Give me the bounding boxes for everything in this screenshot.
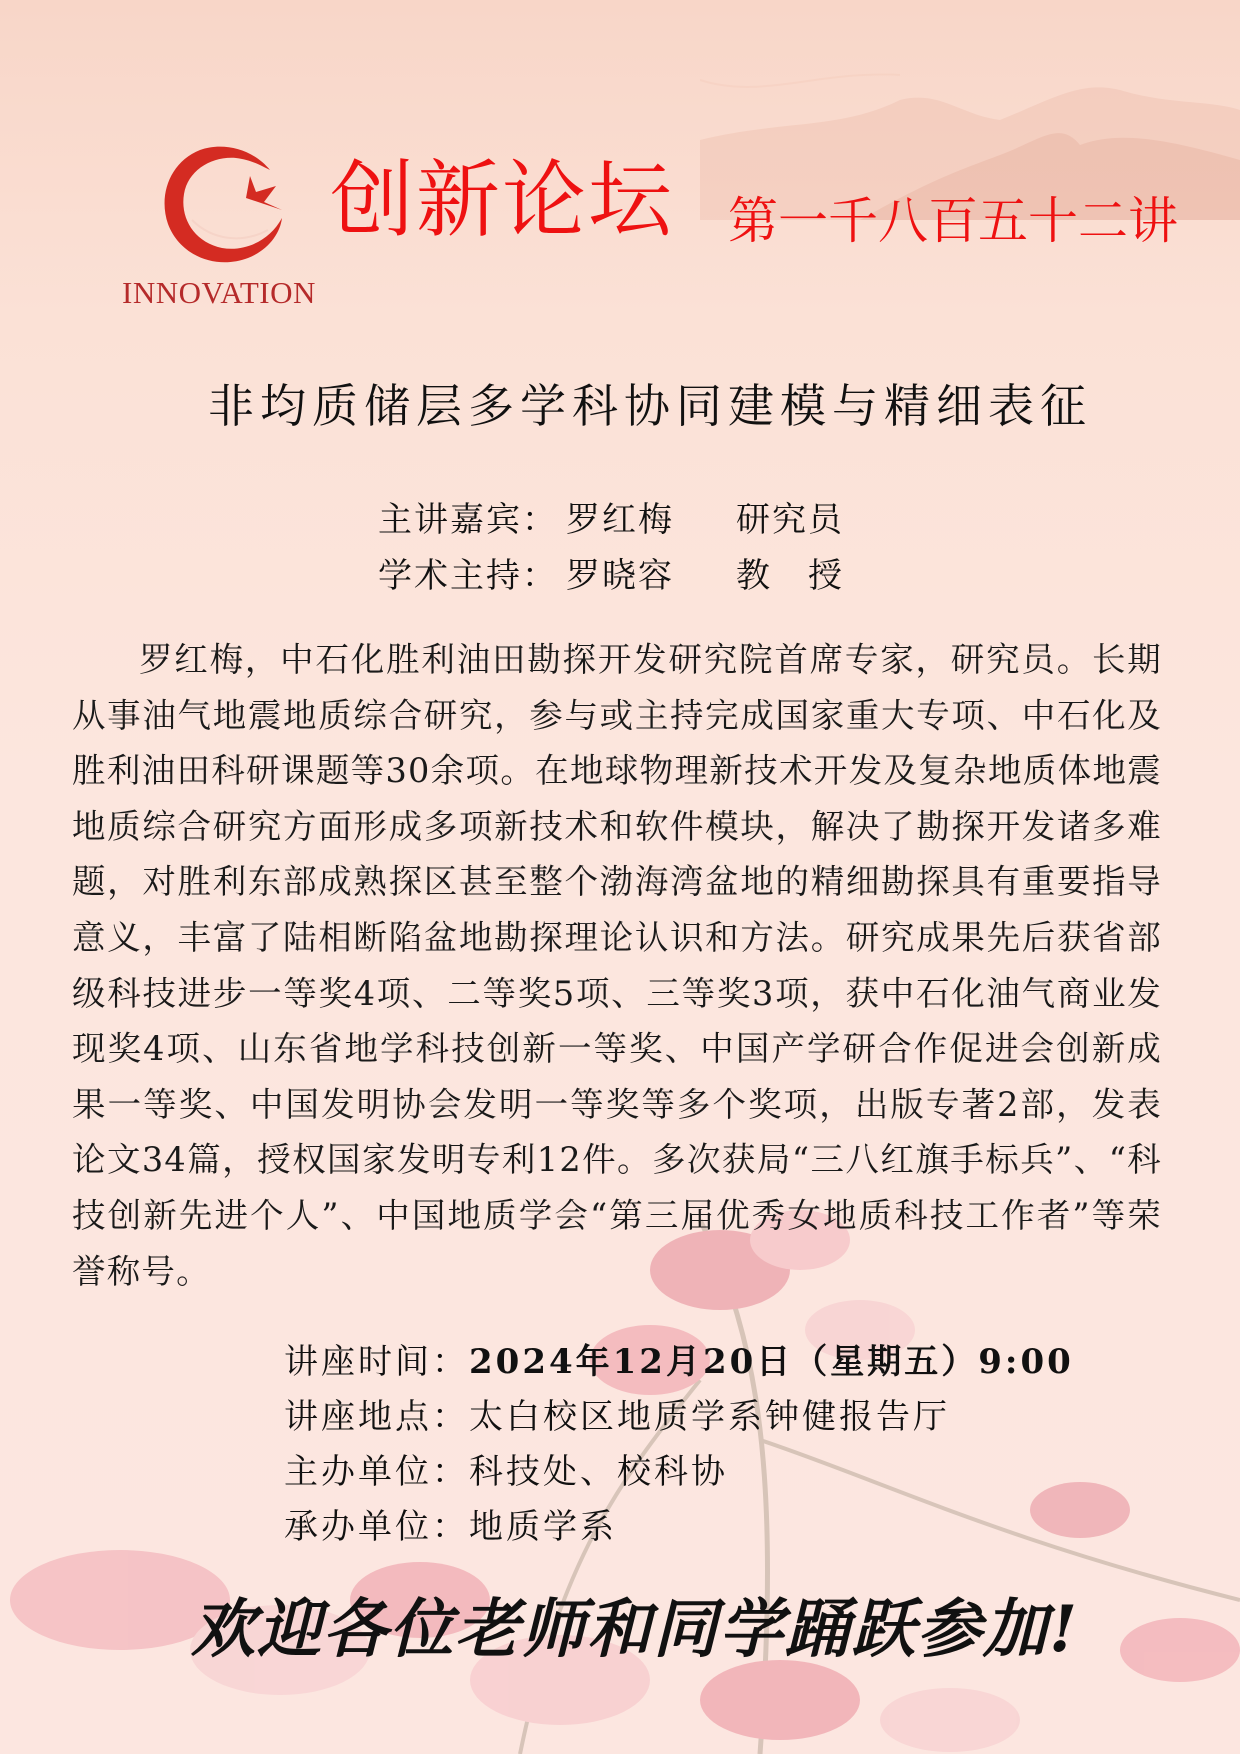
talk-title: 非均质储层多学科协同建模与精细表征	[0, 383, 1240, 429]
logo-text: INNOVATION	[122, 275, 342, 311]
speaker-title: 研究员	[736, 492, 844, 548]
speaker-bio: 罗红梅，中石化胜利油田勘探开发研究院首席专家，研究员。长期从事油气地震地质综合研…	[72, 632, 1162, 1299]
undertaker-value: 地质学系	[469, 1507, 617, 1547]
innovation-logo: INNOVATION	[122, 140, 362, 320]
host-label: 学术主持：	[378, 548, 566, 604]
organizer-label: 主办单位：	[284, 1452, 469, 1492]
place-label: 讲座地点：	[284, 1397, 469, 1437]
organizer-value: 科技处、校科协	[469, 1452, 728, 1492]
speaker-label: 主讲嘉宾：	[378, 492, 566, 548]
info-undertaker: 承办单位：地质学系	[284, 1500, 1074, 1555]
host-row: 学术主持： 罗晓容 教 授	[378, 548, 844, 604]
place-value: 太白校区地质学系钟健报告厅	[469, 1397, 950, 1437]
undertaker-label: 承办单位：	[284, 1507, 469, 1547]
speaker-name: 罗红梅	[566, 492, 736, 548]
host-name: 罗晓容	[566, 548, 736, 604]
event-info: 讲座时间：2024年12月20日（星期五）9:00 讲座地点：太白校区地质学系钟…	[284, 1335, 1074, 1555]
info-place: 讲座地点：太白校区地质学系钟健报告厅	[284, 1390, 1074, 1445]
people-section: 主讲嘉宾： 罗红梅 研究员 学术主持： 罗晓容 教 授	[378, 492, 844, 604]
host-title: 教 授	[736, 548, 844, 604]
welcome-message: 欢迎各位老师和同学踊跃参加!	[0, 1598, 1240, 1662]
info-organizer: 主办单位：科技处、校科协	[284, 1445, 1074, 1500]
lecture-number: 第一千八百五十二讲	[728, 196, 1178, 246]
forum-title: 创新论坛	[330, 158, 674, 242]
crescent-swirl-logo-icon	[152, 140, 292, 270]
speaker-row: 主讲嘉宾： 罗红梅 研究员	[378, 492, 844, 548]
time-value: 2024年12月20日（星期五）9:00	[469, 1342, 1074, 1382]
time-label: 讲座时间：	[284, 1342, 469, 1382]
lecture-poster: INNOVATION 创新论坛 第一千八百五十二讲 非均质储层多学科协同建模与精…	[0, 0, 1240, 1754]
info-time: 讲座时间：2024年12月20日（星期五）9:00	[284, 1335, 1074, 1390]
